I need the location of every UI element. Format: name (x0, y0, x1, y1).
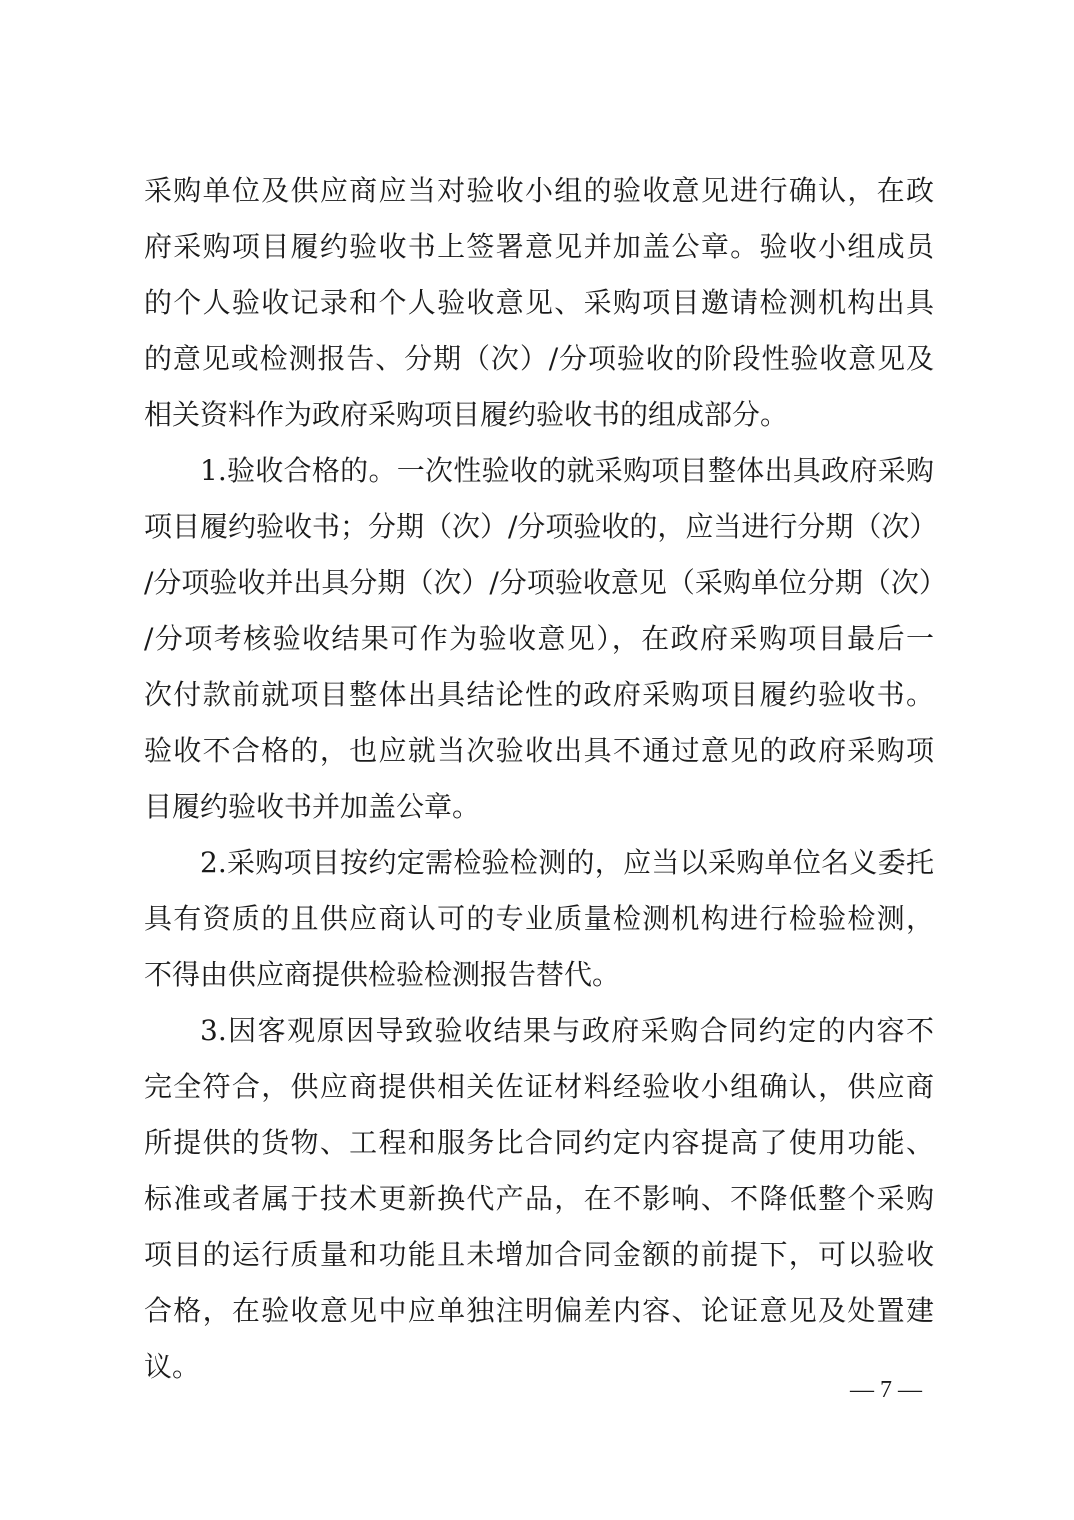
text-line: /分项考核验收结果可作为验收意见），在政府采购项目最后一 (144, 611, 934, 667)
text-line: 3.因客观原因导致验收结果与政府采购合同约定的内容不 (144, 1003, 934, 1059)
text-line: 的意见或检测报告、分期（次）/分项验收的阶段性验收意见及 (144, 331, 934, 387)
text-line: 次付款前就项目整体出具结论性的政府采购项目履约验收书。 (144, 667, 934, 723)
text-line: 2.采购项目按约定需检验检测的，应当以采购单位名义委托 (144, 835, 934, 891)
text-line: 所提供的货物、工程和服务比合同约定内容提高了使用功能、 (144, 1115, 934, 1171)
page-number: — 7 — (850, 1372, 922, 1408)
text-line: 标准或者属于技术更新换代产品，在不影响、不降低整个采购 (144, 1171, 934, 1227)
paragraph-item-3-deviation-handling: 3.因客观原因导致验收结果与政府采购合同约定的内容不 完全符合，供应商提供相关佐… (144, 1003, 934, 1395)
text-line: 验收不合格的，也应就当次验收出具不通过意见的政府采购项 (144, 723, 934, 779)
text-line: 项目的运行质量和功能且未增加合同金额的前提下，可以验收 (144, 1227, 934, 1283)
paragraph-item-1-acceptance-qualified: 1.验收合格的。一次性验收的就采购项目整体出具政府采购 项目履约验收书；分期（次… (144, 443, 934, 835)
paragraph-acceptance-confirmation: 采购单位及供应商应当对验收小组的验收意见进行确认，在政 府采购项目履约验收书上签… (144, 163, 934, 443)
text-line: /分项验收并出具分期（次）/分项验收意见（采购单位分期（次） (144, 555, 934, 611)
document-body: 采购单位及供应商应当对验收小组的验收意见进行确认，在政 府采购项目履约验收书上签… (144, 163, 934, 1395)
text-line: 合格，在验收意见中应单独注明偏差内容、论证意见及处置建 (144, 1283, 934, 1339)
paragraph-item-2-inspection-testing: 2.采购项目按约定需检验检测的，应当以采购单位名义委托 具有资质的且供应商认可的… (144, 835, 934, 1003)
text-line: 不得由供应商提供检验检测报告替代。 (144, 947, 934, 1003)
text-line: 完全符合，供应商提供相关佐证材料经验收小组确认，供应商 (144, 1059, 934, 1115)
text-line: 的个人验收记录和个人验收意见、采购项目邀请检测机构出具 (144, 275, 934, 331)
text-line: 1.验收合格的。一次性验收的就采购项目整体出具政府采购 (144, 443, 934, 499)
text-line: 具有资质的且供应商认可的专业质量检测机构进行检验检测， (144, 891, 934, 947)
text-line: 府采购项目履约验收书上签署意见并加盖公章。验收小组成员 (144, 219, 934, 275)
text-line: 相关资料作为政府采购项目履约验收书的组成部分。 (144, 387, 934, 443)
document-page: 采购单位及供应商应当对验收小组的验收意见进行确认，在政 府采购项目履约验收书上签… (0, 0, 1074, 1520)
text-line: 目履约验收书并加盖公章。 (144, 779, 934, 835)
text-line: 项目履约验收书；分期（次）/分项验收的，应当进行分期（次） (144, 499, 934, 555)
text-line: 议。 (144, 1339, 934, 1395)
text-line: 采购单位及供应商应当对验收小组的验收意见进行确认，在政 (144, 163, 934, 219)
